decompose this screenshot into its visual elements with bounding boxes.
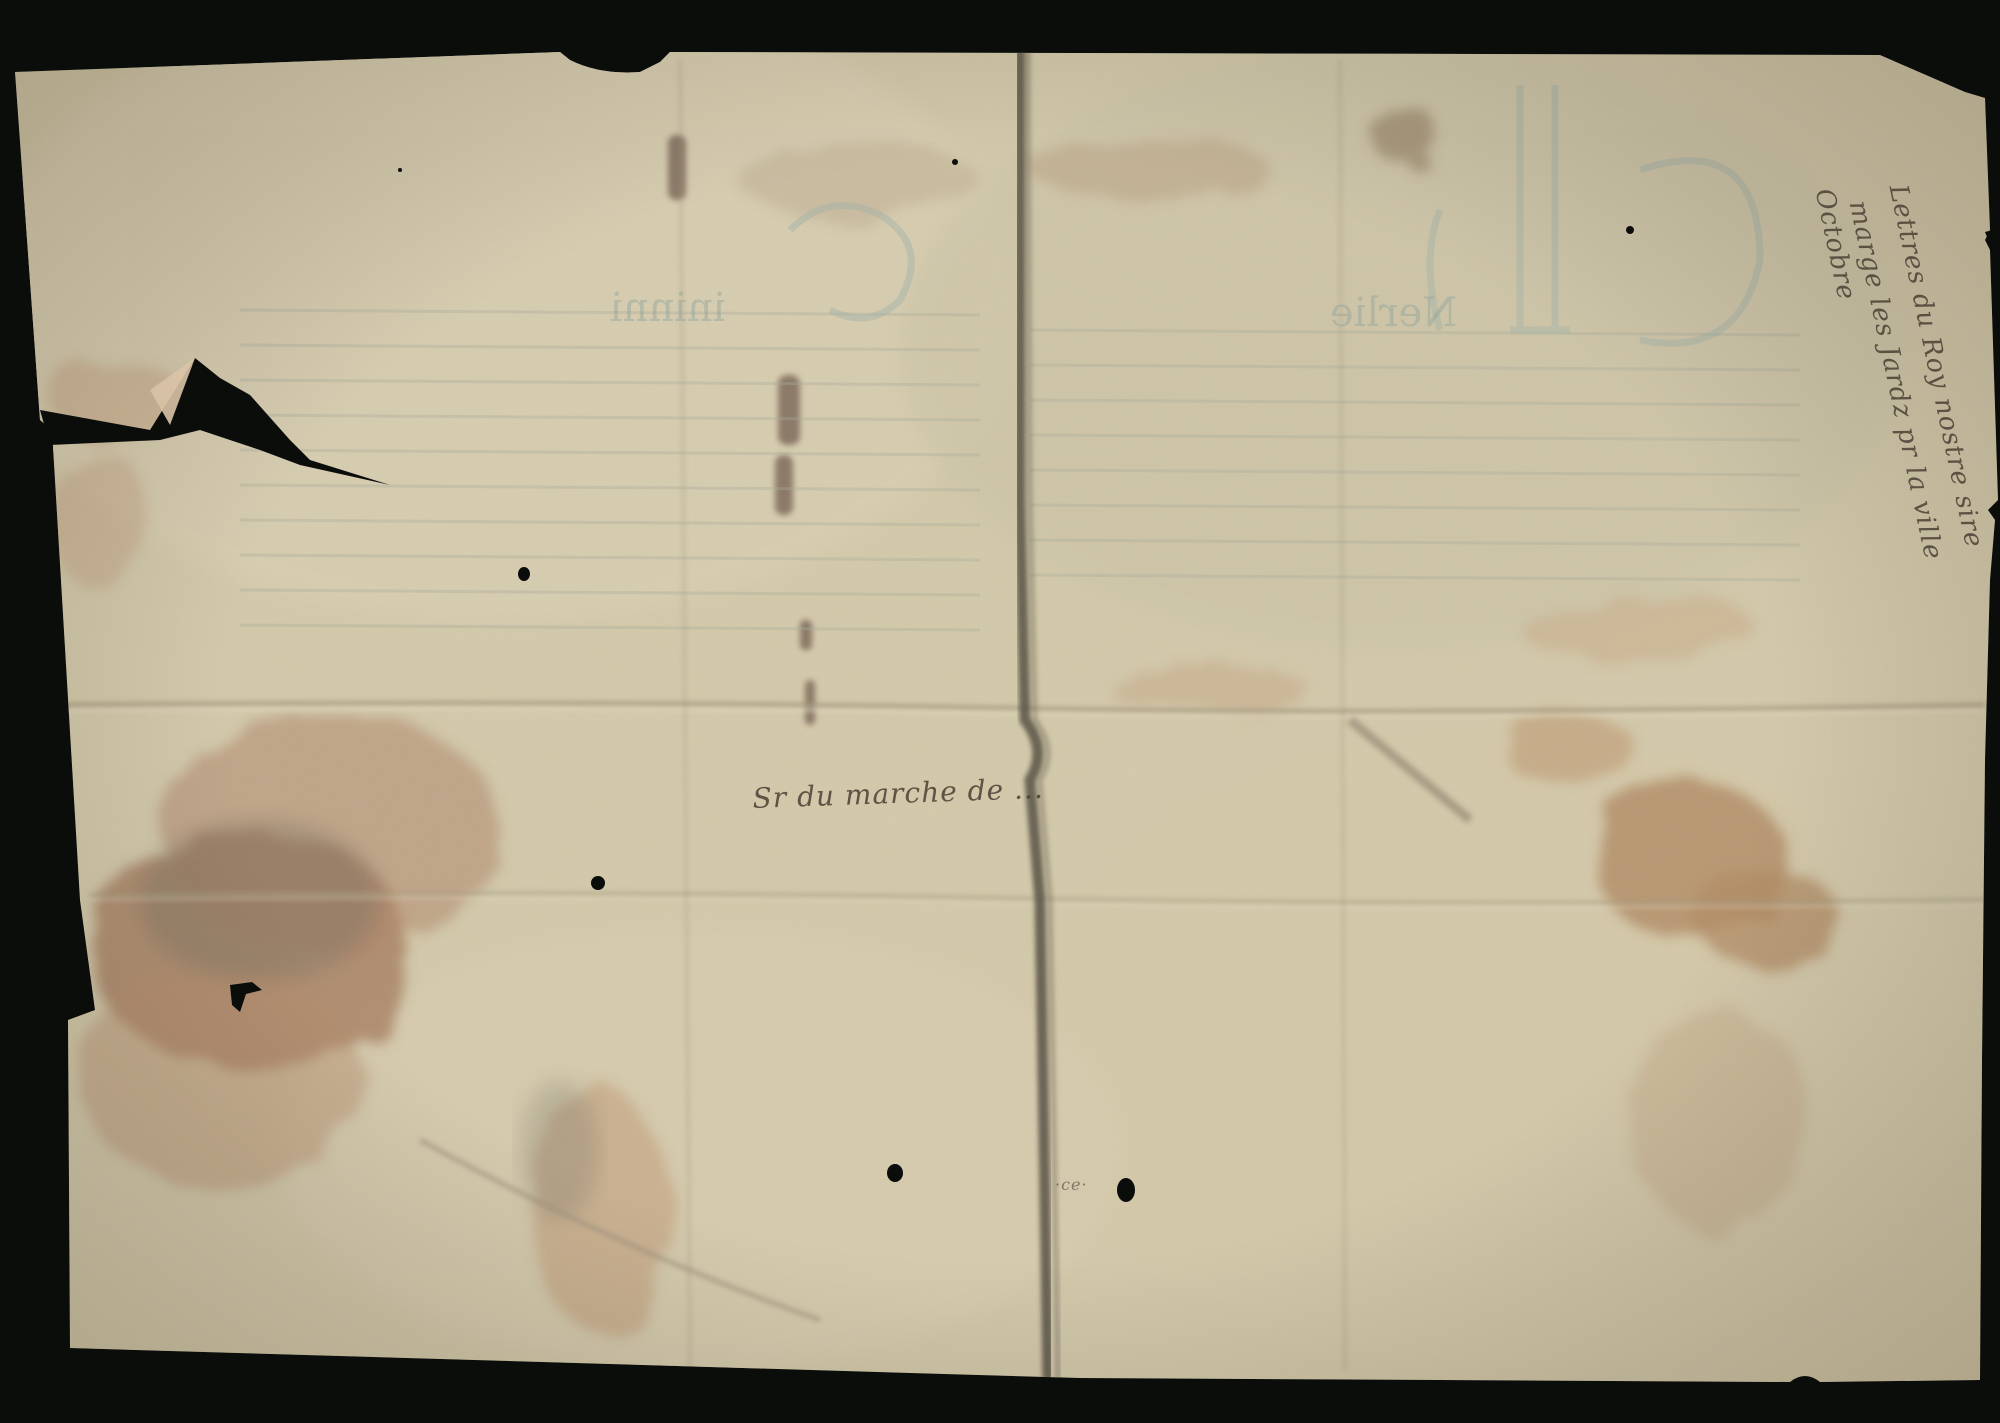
show-through-word-left: ininni [610, 285, 726, 331]
document-photo: ininni Nerlie Lettres du Roy nostre sire… [0, 0, 2000, 1423]
parchment-sheet [0, 0, 2000, 1423]
show-through-word-right: Nerlie [1330, 290, 1457, 336]
bottom-note: ·ce· [1055, 1175, 1088, 1194]
